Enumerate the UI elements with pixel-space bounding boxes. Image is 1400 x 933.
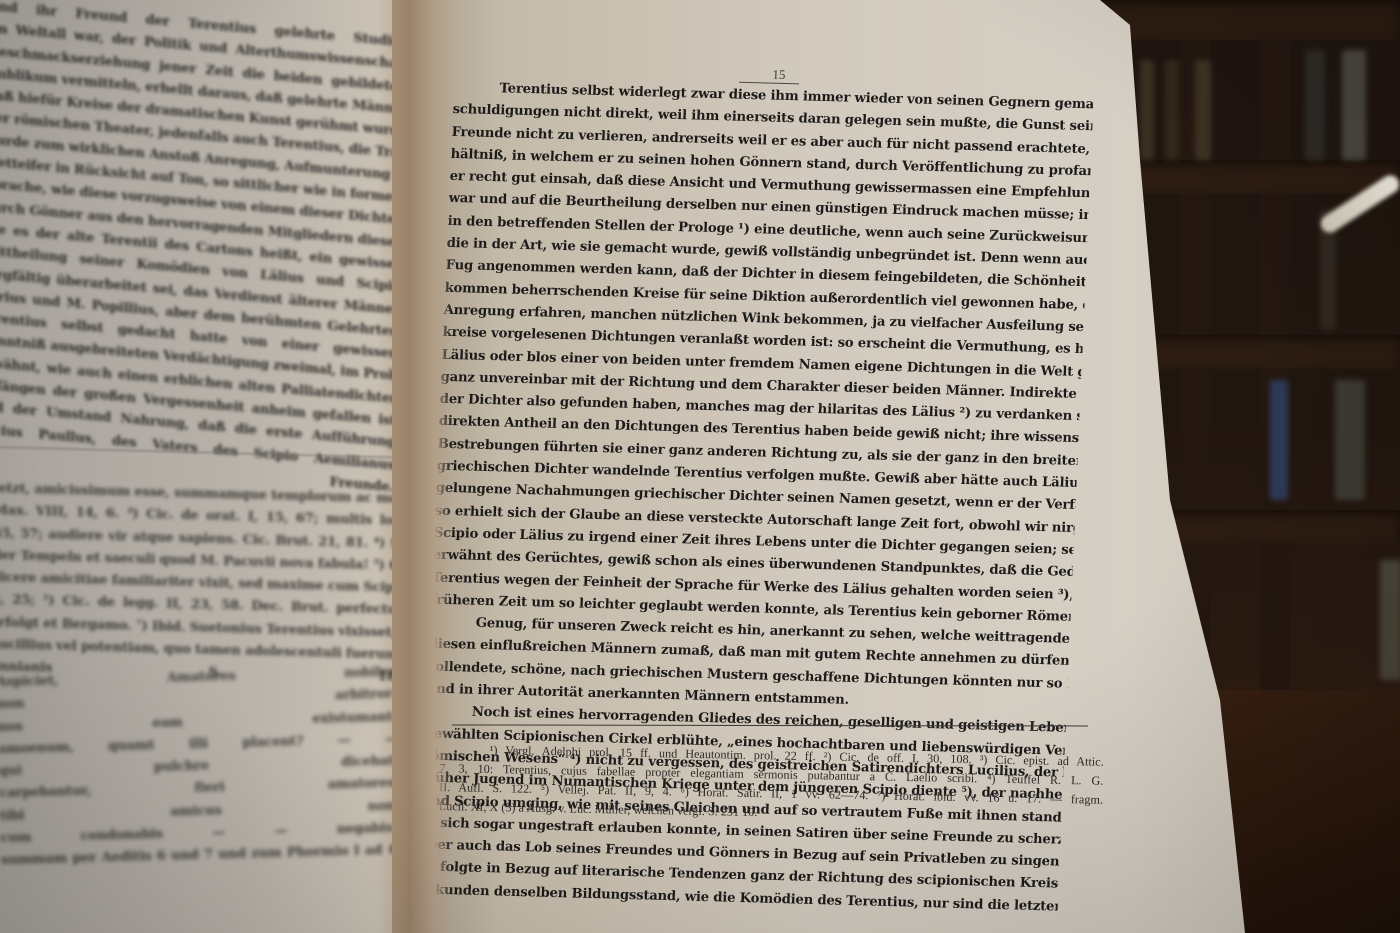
page-number: 15 [772,67,786,83]
book-spine [1270,380,1288,500]
book-spine [1305,50,1325,160]
book-spine [1165,60,1179,160]
footnotes: ¹) Vergl. Adelphi prol. 15 ff. und Heaut… [439,740,1104,829]
book-spine [1140,60,1154,160]
book-spine [1380,560,1400,680]
left-page-body-blurred: und ihr Freund der Terentius gelehrte St… [0,0,410,500]
book-spine [1335,380,1365,500]
left-page: und ihr Freund der Terentius gelehrte St… [0,0,410,933]
book-gutter [392,0,452,933]
left-page-verses-blurred: Aspiciet, Amatores nobilesnon arbitror:n… [0,662,401,873]
book-spine [1195,60,1211,160]
book-spine [1342,50,1366,160]
left-page-footnotes-blurred: jetzt, amicissimum esse, summamque templ… [0,478,410,690]
